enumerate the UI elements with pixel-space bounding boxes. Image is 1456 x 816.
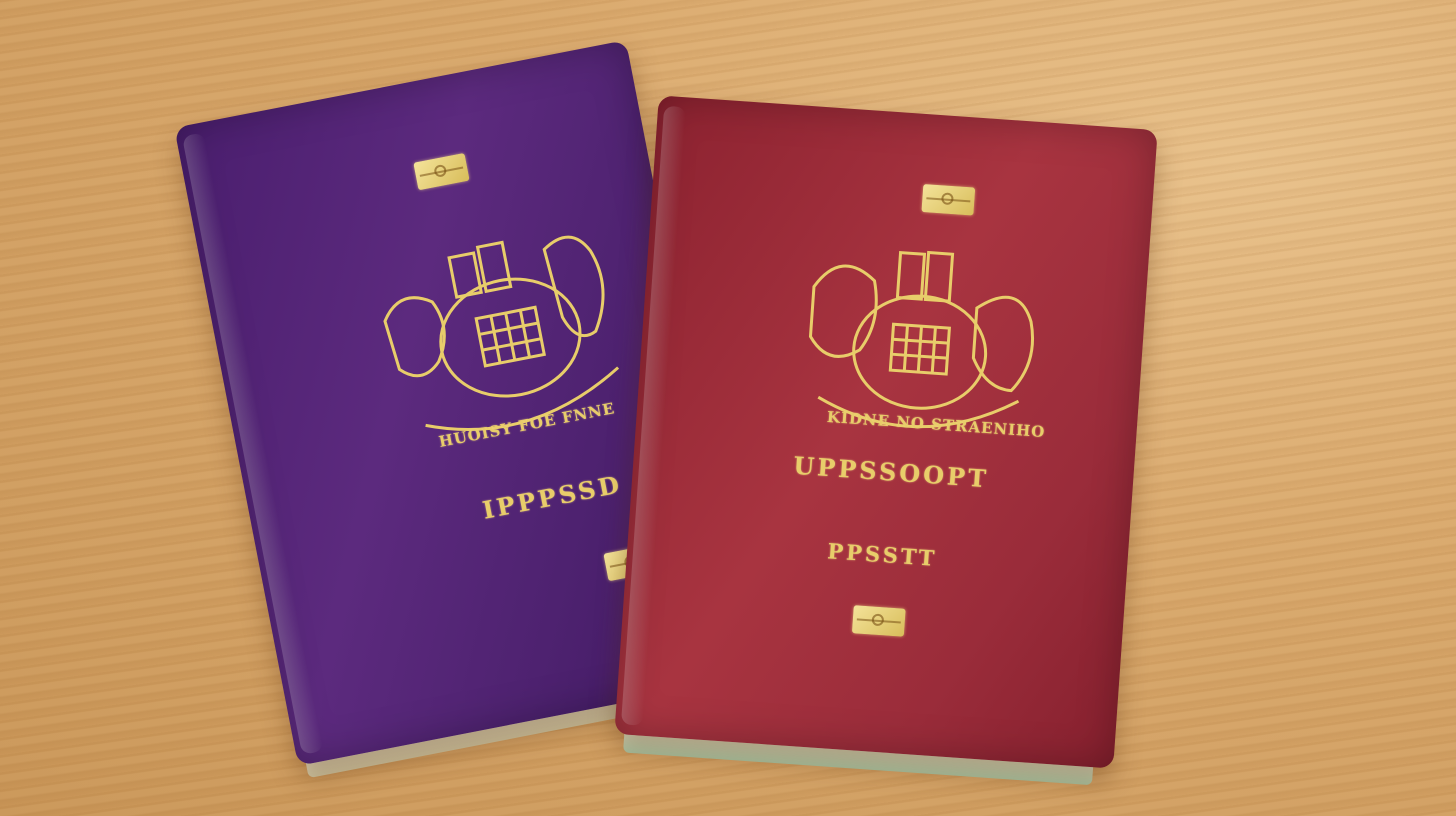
red-passport-subtitle: PPSSTT — [827, 538, 938, 571]
red-passport-cover: KIDNE NO STRAENIHO UPPSSOOPT PPSSTT — [614, 95, 1157, 768]
table-scene: HUOISY FOE FNNE IPPPSSD — [0, 0, 1456, 816]
biometric-chip-icon — [852, 605, 906, 637]
red-passport: KIDNE NO STRAENIHO UPPSSOOPT PPSSTT — [614, 95, 1157, 768]
purple-passport-title: IPPPSSD — [480, 469, 624, 524]
biometric-chip-icon — [413, 153, 469, 190]
biometric-chip-icon — [921, 184, 975, 216]
